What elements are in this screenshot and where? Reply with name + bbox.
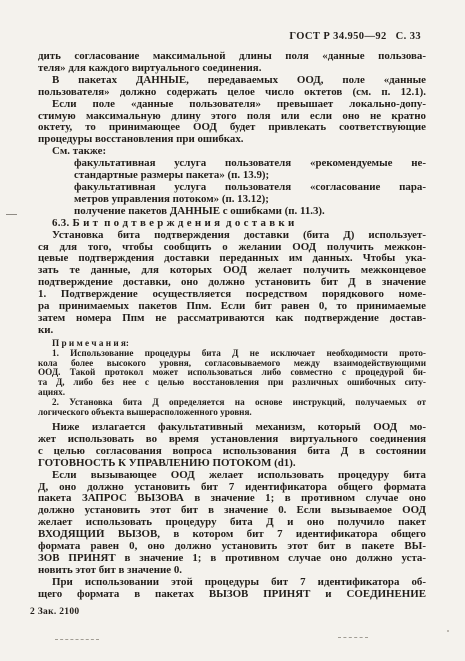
page-header: ГОСТ Р 34.950—92С. 33 [289, 31, 421, 42]
document-line: щего формата в пакетах ВЫЗОВ ПРИНЯТ и СО… [38, 589, 426, 601]
document-line: должно установить этот бит в значение 0.… [38, 505, 426, 517]
document-line: См. также: [38, 146, 426, 158]
document-line: П р и м е ч а н и я: [38, 339, 426, 349]
document-line: Если поле «данные пользователя» превышае… [38, 99, 426, 111]
document-line: дить согласование максимальной длины пол… [38, 51, 426, 63]
document-line: Если вызывающее ООД желает использовать … [38, 470, 426, 482]
document-line: ВХОДЯЩИЙ ВЫЗОВ, в котором бит 7 идентифи… [38, 529, 426, 541]
document-line: ся для того, чтобы сообщить о желании ОО… [38, 242, 426, 254]
document-line: ки. [38, 325, 426, 337]
document-line: 1. Подтверждение осуществляется посредст… [38, 289, 426, 301]
document-line: Установка бита подтверждения доставки (б… [38, 230, 426, 242]
document-line: цевые подтверждения доставки переданных … [38, 253, 426, 265]
document-line: теля» для каждого виртуального соединени… [38, 63, 426, 75]
document-line: получение пакетов ДАННЫЕ с ошибками (п. … [38, 206, 426, 218]
document-line: стимую максимальную длину этого поля или… [38, 111, 426, 123]
document-line: ЗОВ ПРИНЯТ в значение 1; в противном слу… [38, 553, 426, 565]
scan-artifact [447, 630, 449, 632]
document-line: стандартные размеры пакета» (п. 13.9); [38, 170, 426, 182]
document-line: кола более высокого уровня, согласовывае… [38, 359, 426, 369]
document-line: Ниже излагается факультативный механизм,… [38, 422, 426, 434]
document-line: пользователя» должно содержать целое чис… [38, 87, 426, 99]
document-line: формата равен 0, оно должно установить э… [38, 541, 426, 553]
document-content: дить согласование максимальной длины пол… [38, 51, 426, 601]
document-line: затем номера Ппм не рассматриваются как … [38, 313, 426, 325]
print-order-mark: 2 Зак. 2100 [30, 607, 79, 617]
document-line: зать те данные, для которых ООД желает п… [38, 265, 426, 277]
scan-artifact [6, 214, 17, 215]
document-line: ООД. Такой протокол может использоваться… [38, 368, 426, 378]
document-line: 2. Установка бита Д определяется на осно… [38, 398, 426, 408]
scan-artifact [338, 637, 368, 638]
document-line: метров управления потоком» (п. 13.12); [38, 194, 426, 206]
document-line: ациях. [38, 388, 426, 398]
page: ГОСТ Р 34.950—92С. 33 дить согласование … [0, 0, 465, 661]
document-line: желает использовать процедуру бита Д и о… [38, 517, 426, 529]
document-line: пакета ЗАПРОС ВЫЗОВА в значение 1; в про… [38, 493, 426, 505]
document-line: факультативная услуга пользователя «согл… [38, 182, 426, 194]
document-line: октету, то принимающее ООД будет привлек… [38, 122, 426, 134]
document-line: процедуры восстановления при ошибках. [38, 134, 426, 146]
document-line: ГОТОВНОСТЬ К УПРАВЛЕНИЮ ПОТОКОМ (d1). [38, 458, 426, 470]
scan-artifact [55, 639, 99, 640]
document-line: 1. Использование процедуры бита Д не иск… [38, 349, 426, 359]
document-line: При использовании этой процедуры бит 7 и… [38, 577, 426, 589]
document-line: Д, оно должно установить бит 7 идентифик… [38, 482, 426, 494]
document-line: подтверждение доставки, оно должно устан… [38, 277, 426, 289]
document-line: ра принимаемых пакетов Ппм. Если бит рав… [38, 301, 426, 313]
document-line: та Д, либо без нее с целью восстановлени… [38, 378, 426, 388]
document-line: логического объекта вышерасположенного у… [38, 408, 426, 418]
document-line: с целью согласования вопроса использован… [38, 446, 426, 458]
document-line: факультативная услуга пользователя «реко… [38, 158, 426, 170]
document-line: В пакетах ДАННЫЕ, передаваемых ООД, поле… [38, 75, 426, 87]
section-heading: 6.3. Б и т п о д т в е р ж д е н и я д о… [38, 218, 426, 230]
page-number: С. 33 [396, 31, 421, 42]
document-line: новить этот бит в значение 0. [38, 565, 426, 577]
standard-number: ГОСТ Р 34.950—92 [289, 31, 386, 42]
document-line: жет использовать во время установления в… [38, 434, 426, 446]
